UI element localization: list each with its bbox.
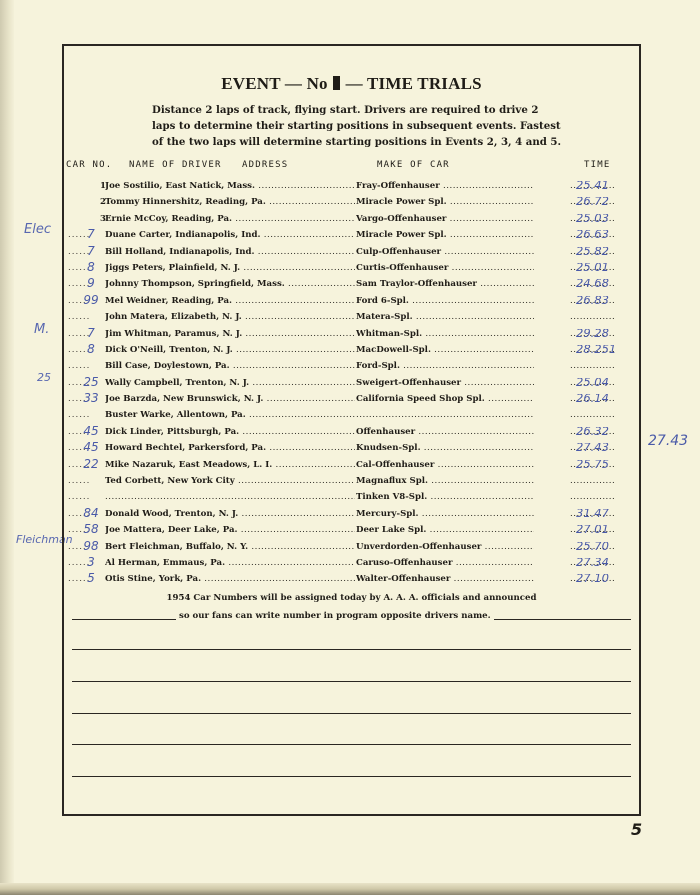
car-number: 45 (76, 424, 106, 438)
entry-row: ......Bill Case, Doylestown, Pa.Ford-Spl… (64, 359, 639, 375)
car-number: 7 (76, 227, 106, 241)
entry-row: ......7Duane Carter, Indianapolis, Ind.M… (64, 228, 639, 244)
handwritten-time: 25.04 (576, 378, 609, 388)
driver-name-address: Ernie McCoy, Reading, Pa. (105, 214, 355, 224)
driver-name-address: Al Herman, Emmaus, Pa. (105, 558, 355, 568)
car-no-leader-dots: ...... (68, 476, 90, 486)
driver-name-address: Bill Holland, Indianapolis, Ind. (105, 247, 355, 257)
time-cell: ..............26.83 (570, 296, 632, 306)
car-number: 8 (76, 342, 106, 356)
time-cell: ..............26.63 (570, 230, 632, 240)
car-number: 33 (76, 391, 106, 405)
time-cell: .............. (570, 410, 632, 420)
make-of-car: Curtis-Offenhauser (356, 263, 534, 273)
make-of-car: Tinken V8-Spl. (356, 492, 534, 502)
binding-edge (0, 0, 14, 895)
entry-row: ......9Johnny Thompson, Springfield, Mas… (64, 277, 639, 293)
car-number: 1 (76, 181, 106, 191)
make-of-car (356, 410, 534, 420)
make-of-car: Matera-Spl. (356, 312, 534, 322)
entry-row: ......33Joe Barzda, New Brunswick, N. J.… (64, 392, 639, 408)
make-of-car: Ford-Spl. (356, 361, 534, 371)
entry-row: ......45Dick Linder, Pittsburgh, Pa.Offe… (64, 425, 639, 441)
time-cell: .............. (570, 361, 632, 371)
entry-row: ......45Howard Bechtel, Parkersford, Pa.… (64, 441, 639, 457)
margin-note-1: Elec (24, 222, 51, 237)
time-cell: ..............29.28 (570, 329, 632, 339)
handwritten-time: 25.75 (576, 460, 609, 470)
entry-row: ......Buster Warke, Allentown, Pa.......… (64, 408, 639, 424)
entry-row: 2Tommy Hinnershitz, Reading, Pa.Miracle … (64, 195, 639, 211)
blank-line-5 (72, 776, 631, 777)
make-of-car: Culp-Offenhauser (356, 247, 534, 257)
time-cell: .............. (570, 492, 632, 502)
make-of-car: Vargo-Offenhauser (356, 214, 534, 224)
make-of-car: MacDowell-Spl. (356, 345, 534, 355)
make-of-car: Miracle Power Spl. (356, 230, 534, 240)
margin-note-3: 25 (37, 371, 51, 384)
driver-name-address: Bill Case, Doylestown, Pa. (105, 361, 355, 371)
blank-line-1 (72, 649, 631, 650)
blank-rule-left (72, 619, 176, 620)
driver-name-address: John Matera, Elizabeth, N. J. (105, 312, 355, 322)
driver-name-address: Dick Linder, Pittsburgh, Pa. (105, 427, 355, 437)
car-number: 84 (76, 506, 106, 520)
handwritten-time: 24.68 (576, 279, 609, 289)
col-header-time: TIME (584, 160, 610, 170)
make-of-car: Walter-Offenhauser (356, 574, 534, 584)
time-cell: ..............25.41 (570, 181, 632, 191)
handwritten-time: 27.10 (576, 574, 609, 584)
margin-note-2: M. (34, 322, 49, 337)
col-header-make: MAKE OF CAR (377, 160, 450, 170)
entry-row: ......John Matera, Elizabeth, N. J.Mater… (64, 310, 639, 326)
time-cell: ..............26.72 (570, 197, 632, 207)
entry-row: ......Ted Corbett, New York CityMagnaflu… (64, 474, 639, 490)
note-line-2: so our fans can write number in program … (72, 611, 631, 621)
car-number: 7 (76, 244, 106, 258)
note-line-1: 1954 Car Numbers will be assigned today … (64, 593, 639, 603)
car-number: 3 (76, 555, 106, 569)
time-cell: ..............27.43 (570, 443, 632, 453)
make-of-car: Caruso-Offenhauser (356, 558, 534, 568)
driver-name-address: Bert Fleichman, Buffalo, N. Y. (105, 542, 355, 552)
car-number: 58 (76, 522, 106, 536)
handwritten-time: 25.03 (576, 214, 609, 224)
car-number: 2 (76, 197, 106, 207)
time-cell: ..............28.251 (570, 345, 632, 355)
car-number: 98 (76, 539, 106, 553)
driver-name-address: Donald Wood, Trenton, N. J. (105, 509, 355, 519)
make-of-car: California Speed Shop Spl. (356, 394, 534, 404)
entry-row: ......58Joe Mattera, Deer Lake, Pa.Deer … (64, 523, 639, 539)
page-bottom-edge (0, 883, 700, 895)
title-prefix: EVENT — No (221, 74, 328, 93)
driver-name-address: Tommy Hinnershitz, Reading, Pa. (105, 197, 355, 207)
entry-row: ......99Mel Weidner, Reading, Pa.Ford 6-… (64, 294, 639, 310)
program-frame: EVENT — No — TIME TRIALS Distance 2 laps… (62, 44, 641, 816)
title-suffix: — TIME TRIALS (346, 74, 482, 93)
event-number-mark (333, 76, 340, 90)
time-cell: ..............25.82 (570, 247, 632, 257)
entry-row: ......7Jim Whitman, Paramus, N. J.Whitma… (64, 327, 639, 343)
car-no-leader-dots: ...... (68, 361, 90, 371)
entry-row: ......3Al Herman, Emmaus, Pa.Caruso-Offe… (64, 556, 639, 572)
car-number: 25 (76, 375, 106, 389)
entry-row: ......5Otis Stine, York, Pa.Walter-Offen… (64, 572, 639, 588)
entry-row: ......84Donald Wood, Trenton, N. J.Mercu… (64, 507, 639, 523)
time-cell: .............. (570, 476, 632, 486)
handwritten-time: 26.32 (576, 427, 609, 437)
driver-name-address (105, 492, 355, 502)
make-of-car: Sweigert-Offenhauser (356, 378, 534, 388)
car-number: 45 (76, 440, 106, 454)
driver-name-address: Howard Bechtel, Parkersford, Pa. (105, 443, 355, 453)
time-cell: ..............25.75 (570, 460, 632, 470)
make-of-car: Ford 6-Spl. (356, 296, 534, 306)
handwritten-time: 25.41 (576, 181, 609, 191)
time-cell: ..............25.03 (570, 214, 632, 224)
col-header-driver: NAME OF DRIVER (129, 160, 222, 170)
driver-name-address: Buster Warke, Allentown, Pa. (105, 410, 355, 420)
entry-row: ......8Dick O'Neill, Trenton, N. J.MacDo… (64, 343, 639, 359)
time-cell: ..............26.32 (570, 427, 632, 437)
note-line-2-text: so our fans can write number in program … (176, 611, 494, 621)
driver-name-address: Duane Carter, Indianapolis, Ind. (105, 230, 355, 240)
time-cell: ..............27.34 (570, 558, 632, 568)
handwritten-time: 29.28 (576, 329, 609, 339)
handwritten-time: 26.14 (576, 394, 609, 404)
car-number: 7 (76, 326, 106, 340)
driver-name-address: Joe Barzda, New Brunswick, N. J. (105, 394, 355, 404)
entry-row: 1Joe Sostilio, East Natick, Mass.Fray-Of… (64, 179, 639, 195)
entry-row: ......22Mike Nazaruk, East Meadows, L. I… (64, 458, 639, 474)
make-of-car: Miracle Power Spl. (356, 197, 534, 207)
make-of-car: Knudsen-Spl. (356, 443, 534, 453)
make-of-car: Unverdorden-Offenhauser (356, 542, 534, 552)
time-cell: ..............25.70 (570, 542, 632, 552)
entry-row: 3Ernie McCoy, Reading, Pa.Vargo-Offenhau… (64, 212, 639, 228)
blank-line-3 (72, 713, 631, 714)
time-cell: ..............25.04 (570, 378, 632, 388)
driver-name-address: Ted Corbett, New York City (105, 476, 355, 486)
make-of-car: Fray-Offenhauser (356, 181, 534, 191)
make-of-car: Deer Lake Spl. (356, 525, 534, 535)
handwritten-time: 27.01 (576, 525, 609, 535)
time-cell: ..............24.68 (570, 279, 632, 289)
car-number: 99 (76, 293, 106, 307)
blank-line-4 (72, 744, 631, 745)
time-cell: ..............27.10 (570, 574, 632, 584)
driver-name-address: Otis Stine, York, Pa. (105, 574, 355, 584)
driver-name-address: Mike Nazaruk, East Meadows, L. I. (105, 460, 355, 470)
make-of-car: Magnaflux Spl. (356, 476, 534, 486)
driver-name-address: Dick O'Neill, Trenton, N. J. (105, 345, 355, 355)
driver-name-address: Wally Campbell, Trenton, N. J. (105, 378, 355, 388)
driver-name-address: Jiggs Peters, Plainfield, N. J. (105, 263, 355, 273)
entry-row: ......98Bert Fleichman, Buffalo, N. Y.Un… (64, 540, 639, 556)
handwritten-time: 27.43 (576, 443, 609, 453)
car-number: 8 (76, 260, 106, 274)
car-no-leader-dots: ...... (68, 410, 90, 420)
col-header-car-no: CAR NO. (66, 160, 112, 170)
car-number: 5 (76, 571, 106, 585)
blank-rule-right (494, 619, 631, 620)
car-number: 3 (76, 214, 106, 224)
entry-row: ......8Jiggs Peters, Plainfield, N. J.Cu… (64, 261, 639, 277)
entry-row: ......25Wally Campbell, Trenton, N. J.Sw… (64, 376, 639, 392)
driver-name-address: Joe Mattera, Deer Lake, Pa. (105, 525, 355, 535)
intro-paragraph: Distance 2 laps of track, flying start. … (152, 102, 562, 150)
handwritten-time: 25.82 (576, 247, 609, 257)
driver-name-address: Joe Sostilio, East Natick, Mass. (105, 181, 355, 191)
handwritten-time: 25.01 (576, 263, 609, 273)
make-of-car: Offenhauser (356, 427, 534, 437)
handwritten-time: 27.34 (576, 558, 609, 568)
time-cell: ..............26.14 (570, 394, 632, 404)
page-title: EVENT — No — TIME TRIALS (64, 74, 639, 94)
time-cell: ..............27.01 (570, 525, 632, 535)
page-number: 5 (631, 820, 642, 839)
time-cell: .............. (570, 312, 632, 322)
margin-time-note: 27.43 (648, 433, 688, 449)
handwritten-time: 26.72 (576, 197, 609, 207)
car-no-leader-dots: ...... (68, 312, 90, 322)
make-of-car: Cal-Offenhauser (356, 460, 534, 470)
entry-row: ......Tinken V8-Spl............... (64, 490, 639, 506)
entry-list: 1Joe Sostilio, East Natick, Mass.Fray-Of… (64, 179, 639, 589)
handwritten-time: 26.63 (576, 230, 609, 240)
handwritten-time: 31.47 (576, 509, 609, 519)
entry-row: ......7Bill Holland, Indianapolis, Ind.C… (64, 245, 639, 261)
col-header-address: ADDRESS (242, 160, 288, 170)
time-cell: ..............31.47 (570, 509, 632, 519)
driver-name-address: Jim Whitman, Paramus, N. J. (105, 329, 355, 339)
handwritten-time: 26.83 (576, 296, 609, 306)
driver-name-address: Johnny Thompson, Springfield, Mass. (105, 279, 355, 289)
make-of-car: Sam Traylor-Offenhauser (356, 279, 534, 289)
car-number: 22 (76, 457, 106, 471)
make-of-car: Whitman-Spl. (356, 329, 534, 339)
car-no-leader-dots: ...... (68, 492, 90, 502)
handwritten-time: 25.70 (576, 542, 609, 552)
time-cell: ..............25.01 (570, 263, 632, 273)
handwritten-time: 28.251 (576, 345, 616, 355)
blank-line-2 (72, 681, 631, 682)
driver-name-address: Mel Weidner, Reading, Pa. (105, 296, 355, 306)
make-of-car: Mercury-Spl. (356, 509, 534, 519)
car-number: 9 (76, 276, 106, 290)
